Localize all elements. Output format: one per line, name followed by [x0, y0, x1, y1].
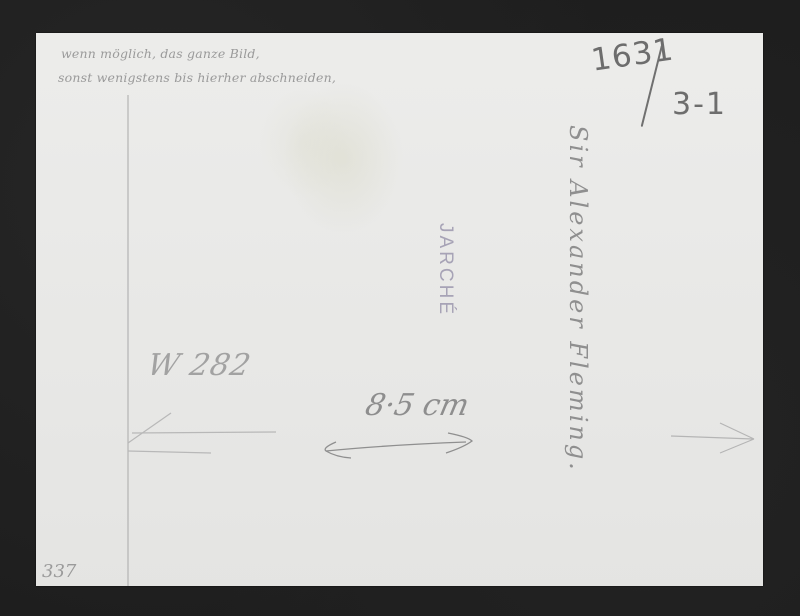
photo-card-verso: wenn möglich, das ganze Bild, sonst weni… [36, 33, 763, 586]
pencil-crop-marks [36, 33, 763, 586]
double-arrow-icon [325, 433, 472, 458]
right-arrow-icon [671, 423, 754, 453]
left-arrow-icon [128, 413, 276, 453]
